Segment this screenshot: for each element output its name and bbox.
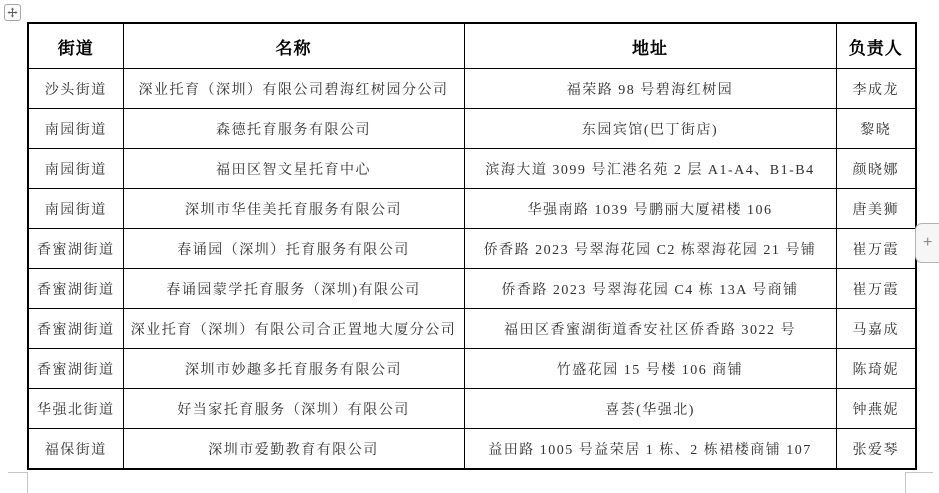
cell-name[interactable]: 深圳市华佳美托育服务有限公司	[123, 189, 464, 229]
cell-address[interactable]: 华强南路 1039 号鹏丽大厦裙楼 106	[464, 189, 836, 229]
table-row: 福保街道深圳市爱勤教育有限公司益田路 1005 号益荣居 1 栋、2 栋裙楼商铺…	[28, 429, 916, 470]
cell-manager[interactable]: 崔万霞	[836, 229, 916, 269]
cell-manager[interactable]: 李成龙	[836, 69, 916, 109]
cell-name[interactable]: 春诵园（深圳）托育服务有限公司	[123, 229, 464, 269]
table-row: 香蜜湖街道春诵园（深圳）托育服务有限公司侨香路 2023 号翠海花园 C2 栋翠…	[28, 229, 916, 269]
cell-manager[interactable]: 颜晓娜	[836, 149, 916, 189]
crop-mark-bottom-left	[8, 472, 28, 493]
cell-name[interactable]: 福田区智文星托育中心	[123, 149, 464, 189]
header-cell-manager[interactable]: 负责人	[836, 23, 916, 69]
cell-address[interactable]: 福田区香蜜湖街道香安社区侨香路 3022 号	[464, 309, 836, 349]
cell-address[interactable]: 侨香路 2023 号翠海花园 C4 栋 13A 号商铺	[464, 269, 836, 309]
cell-name[interactable]: 深圳市妙趣多托育服务有限公司	[123, 349, 464, 389]
table-row: 南园街道深圳市华佳美托育服务有限公司华强南路 1039 号鹏丽大厦裙楼 106唐…	[28, 189, 916, 229]
cell-address[interactable]: 喜荟(华强北)	[464, 389, 836, 429]
table-row: 南园街道森德托育服务有限公司东园宾馆(巴丁街店)黎晓	[28, 109, 916, 149]
table-row: 南园街道福田区智文星托育中心滨海大道 3099 号汇港名苑 2 层 A1-A4、…	[28, 149, 916, 189]
cell-address[interactable]: 东园宾馆(巴丁街店)	[464, 109, 836, 149]
cell-name[interactable]: 森德托育服务有限公司	[123, 109, 464, 149]
cell-manager[interactable]: 陈琦妮	[836, 349, 916, 389]
cell-street[interactable]: 沙头街道	[28, 69, 123, 109]
crop-mark-bottom-right	[905, 472, 933, 493]
table-row: 香蜜湖街道深业托育（深圳）有限公司合正置地大厦分公司福田区香蜜湖街道香安社区侨香…	[28, 309, 916, 349]
header-row: 街道 名称 地址 负责人	[28, 23, 916, 69]
document-table: 街道 名称 地址 负责人 沙头街道深业托育（深圳）有限公司碧海红树园分公司福荣路…	[27, 22, 917, 470]
cell-manager[interactable]: 崔万霞	[836, 269, 916, 309]
table-row: 香蜜湖街道春诵园蒙学托育服务（深圳)有限公司侨香路 2023 号翠海花园 C4 …	[28, 269, 916, 309]
header-cell-name[interactable]: 名称	[123, 23, 464, 69]
cell-manager[interactable]: 黎晓	[836, 109, 916, 149]
cell-name[interactable]: 春诵园蒙学托育服务（深圳)有限公司	[123, 269, 464, 309]
cell-address[interactable]: 侨香路 2023 号翠海花园 C2 栋翠海花园 21 号铺	[464, 229, 836, 269]
cell-street[interactable]: 南园街道	[28, 109, 123, 149]
cell-name[interactable]: 好当家托育服务（深圳）有限公司	[123, 389, 464, 429]
cell-street[interactable]: 福保街道	[28, 429, 123, 470]
header-cell-street[interactable]: 街道	[28, 23, 123, 69]
cell-street[interactable]: 香蜜湖街道	[28, 349, 123, 389]
cell-manager[interactable]: 钟燕妮	[836, 389, 916, 429]
cell-street[interactable]: 南园街道	[28, 149, 123, 189]
table-row: 华强北街道好当家托育服务（深圳）有限公司喜荟(华强北)钟燕妮	[28, 389, 916, 429]
table-move-handle[interactable]	[4, 4, 21, 21]
cell-name[interactable]: 深圳市爱勤教育有限公司	[123, 429, 464, 470]
header-cell-address[interactable]: 地址	[464, 23, 836, 69]
cell-street[interactable]: 华强北街道	[28, 389, 123, 429]
cell-manager[interactable]: 张爱琴	[836, 429, 916, 470]
cell-address[interactable]: 福荣路 98 号碧海红树园	[464, 69, 836, 109]
cell-street[interactable]: 香蜜湖街道	[28, 309, 123, 349]
move-arrows-icon	[7, 7, 18, 18]
cell-name[interactable]: 深业托育（深圳）有限公司合正置地大厦分公司	[123, 309, 464, 349]
cell-street[interactable]: 南园街道	[28, 189, 123, 229]
cell-address[interactable]: 竹盛花园 15 号楼 106 商铺	[464, 349, 836, 389]
cell-street[interactable]: 香蜜湖街道	[28, 229, 123, 269]
cell-address[interactable]: 滨海大道 3099 号汇港名苑 2 层 A1-A4、B1-B4	[464, 149, 836, 189]
cell-manager[interactable]: 马嘉成	[836, 309, 916, 349]
table-row: 香蜜湖街道深圳市妙趣多托育服务有限公司竹盛花园 15 号楼 106 商铺陈琦妮	[28, 349, 916, 389]
table-row: 沙头街道深业托育（深圳）有限公司碧海红树园分公司福荣路 98 号碧海红树园李成龙	[28, 69, 916, 109]
add-button[interactable]: +	[915, 223, 939, 263]
cell-name[interactable]: 深业托育（深圳）有限公司碧海红树园分公司	[123, 69, 464, 109]
cell-address[interactable]: 益田路 1005 号益荣居 1 栋、2 栋裙楼商铺 107	[464, 429, 836, 470]
cell-street[interactable]: 香蜜湖街道	[28, 269, 123, 309]
cell-manager[interactable]: 唐美狮	[836, 189, 916, 229]
